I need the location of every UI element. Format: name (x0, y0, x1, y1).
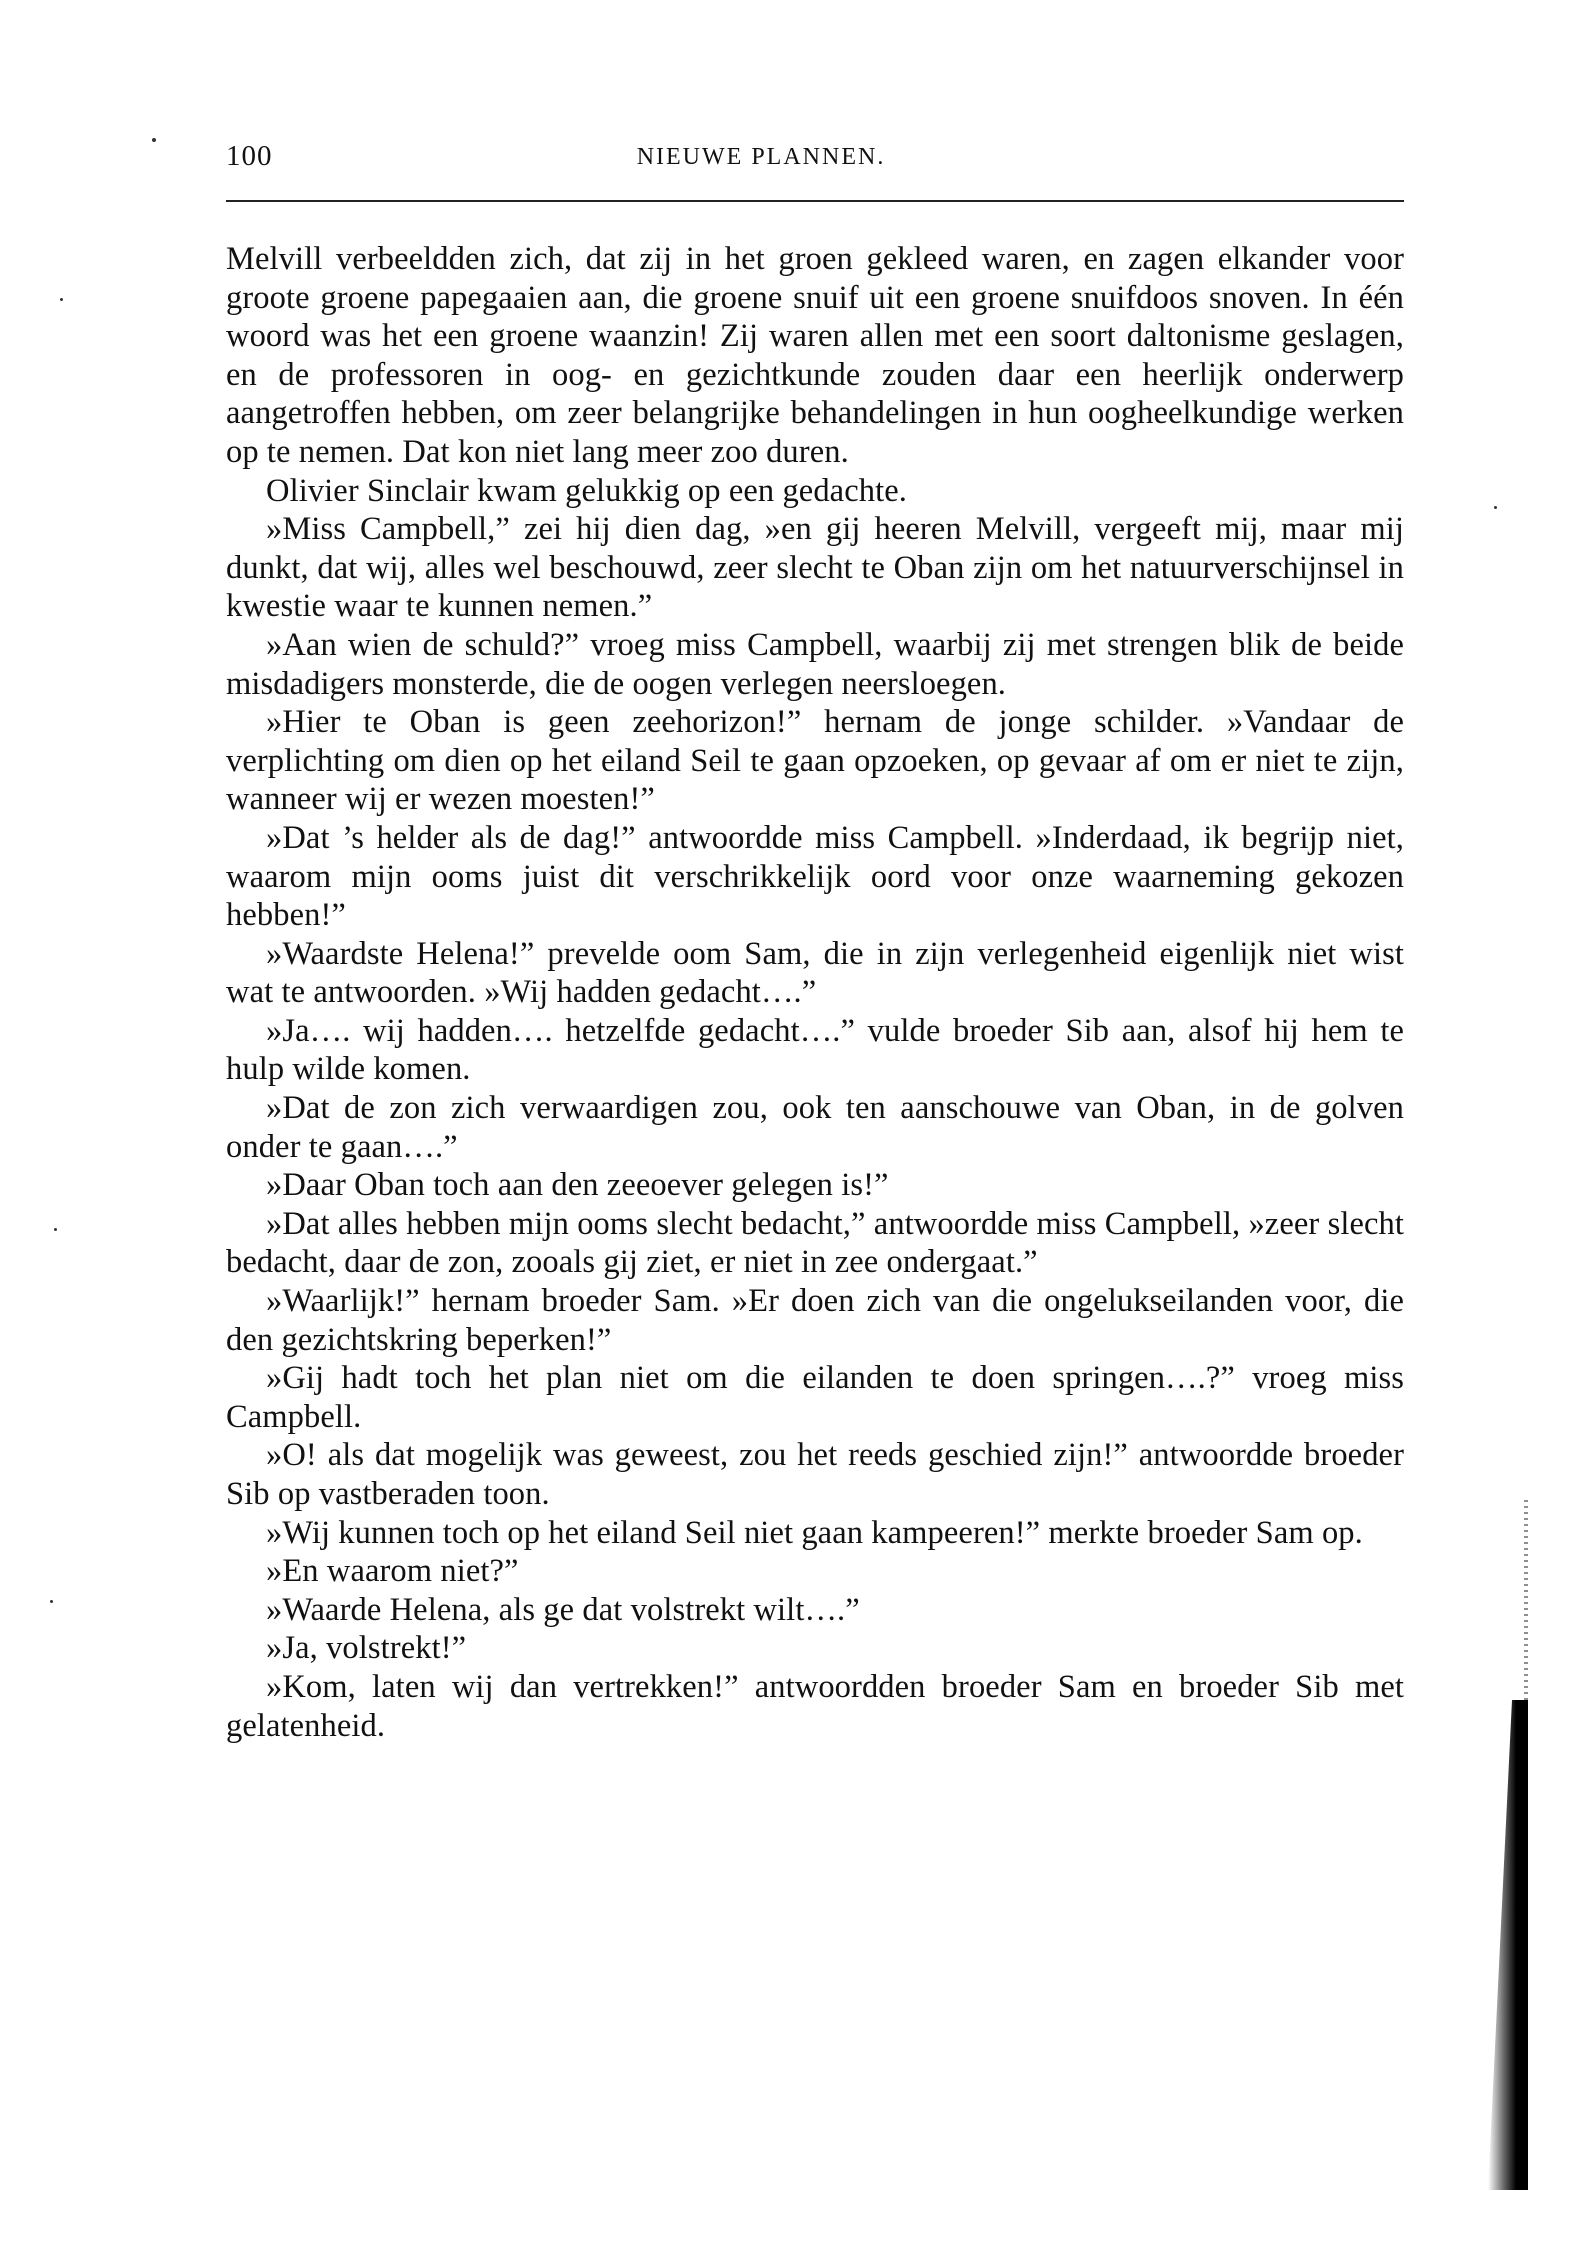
paragraph: Olivier Sinclair kwam gelukkig op een ge… (226, 472, 1404, 511)
running-title: NIEUWE PLANNEN. (171, 144, 1351, 171)
body-text: Melvill verbeeldden zich, dat zij in het… (226, 240, 1404, 1745)
paragraph: »Hier te Oban is geen zeehorizon!” herna… (226, 703, 1404, 819)
paragraph: »Gij hadt toch het plan niet om die eila… (226, 1359, 1404, 1436)
scan-speck (152, 138, 156, 142)
paragraph: »Dat alles hebben mijn ooms slecht bedac… (226, 1205, 1404, 1282)
scan-speck (50, 1600, 53, 1603)
paragraph: »Waardste Helena!” prevelde oom Sam, die… (226, 935, 1404, 1012)
paragraph: »Aan wien de schuld?” vroeg miss Campbel… (226, 626, 1404, 703)
paragraph: »Daar Oban toch aan den zeeoever gelegen… (226, 1166, 1404, 1205)
page-header: 100 NIEUWE PLANNEN. (226, 140, 1406, 180)
paragraph: »Ja…. wij hadden…. hetzelfde gedacht….” … (226, 1012, 1404, 1089)
paragraph: »Dat de zon zich verwaardigen zou, ook t… (226, 1089, 1404, 1166)
book-page: 100 NIEUWE PLANNEN. Melvill verbeeldden … (0, 0, 1569, 2242)
page-edge-shadow (1488, 1700, 1528, 2190)
paragraph: »Miss Campbell,” zei hij dien dag, »en g… (226, 510, 1404, 626)
paragraph: »Kom, laten wij dan vertrekken!” antwoor… (226, 1668, 1404, 1745)
scan-speck (60, 298, 63, 301)
paragraph: »Waarlijk!” hernam broeder Sam. »Er doen… (226, 1282, 1404, 1359)
paragraph: »Waarde Helena, als ge dat volstrekt wil… (226, 1591, 1404, 1630)
paragraph: »Ja, volstrekt!” (226, 1629, 1404, 1668)
paragraph: Melvill verbeeldden zich, dat zij in het… (226, 240, 1404, 472)
paragraph: »O! als dat mogelijk was geweest, zou he… (226, 1436, 1404, 1513)
paragraph: »Wij kunnen toch op het eiland Seil niet… (226, 1514, 1404, 1553)
paragraph: »Dat ’s helder als de dag!” antwoordde m… (226, 819, 1404, 935)
page-edge-speckle (1524, 1500, 1528, 1720)
paragraph: »En waarom niet?” (226, 1552, 1404, 1591)
header-rule (226, 200, 1404, 202)
scan-speck (54, 1228, 57, 1231)
scan-speck (1494, 506, 1497, 509)
